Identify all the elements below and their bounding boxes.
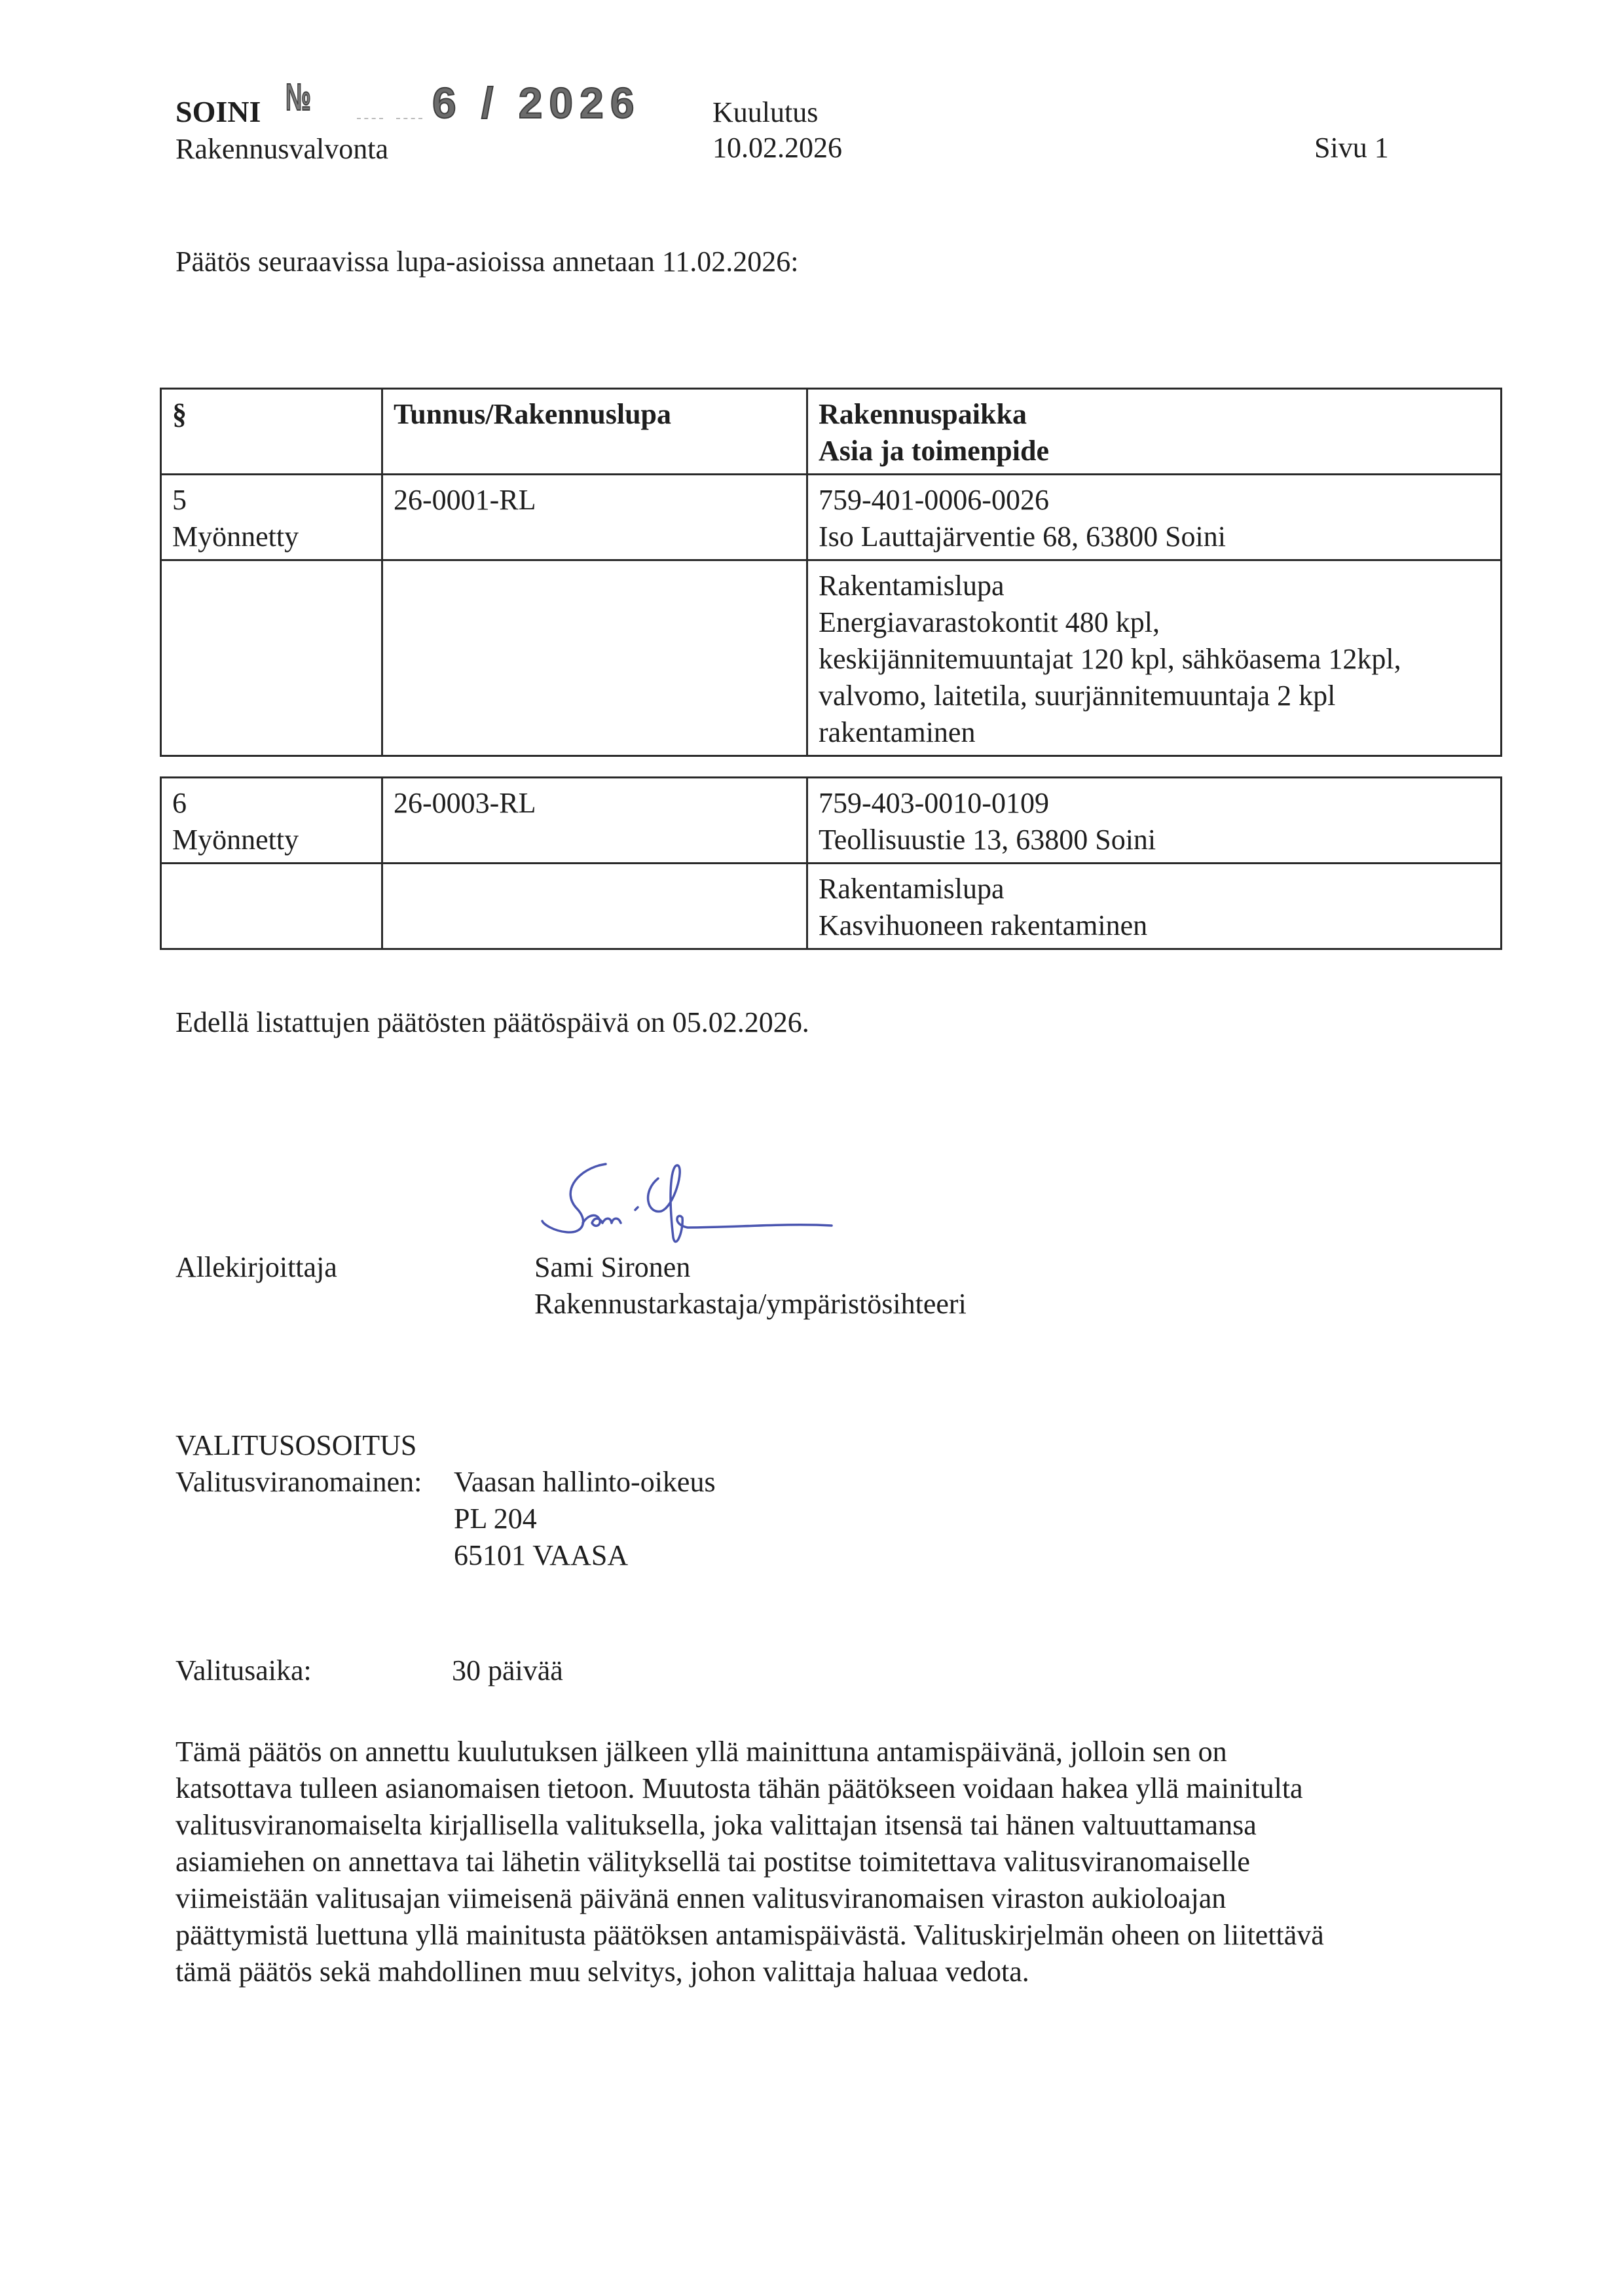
action-cell: Rakentamislupa Kasvihuoneen rakentaminen bbox=[807, 864, 1502, 949]
appeal-body-line: päättymistä luettuna yllä mainitusta pää… bbox=[175, 1917, 1498, 1954]
appeal-body-line: tämä päätös sekä mahdollinen muu selvity… bbox=[175, 1954, 1498, 1990]
empty-cell bbox=[161, 560, 382, 756]
appeal-body-line: valitusviranomaiselta kirjallisella vali… bbox=[175, 1807, 1498, 1844]
header-action: Asia ja toimenpide bbox=[819, 433, 1490, 469]
appeal-address-city: 65101 VAASA bbox=[454, 1541, 628, 1570]
journal-stamp-number: 6 / 2026 bbox=[432, 81, 641, 124]
decision-status: Myönnetty bbox=[172, 822, 371, 858]
table-row: Rakentamislupa Energiavarastokontit 480 … bbox=[161, 560, 1502, 756]
department-name: Rakennusvalvonta bbox=[175, 135, 388, 164]
appeal-authority-label: Valitusviranomainen: bbox=[175, 1468, 422, 1497]
intro-text: Päätös seuraavissa lupa-asioissa annetaa… bbox=[175, 247, 798, 276]
appeal-period-label: Valitusaika: bbox=[175, 1656, 312, 1685]
description-line: valvomo, laitetila, suurjännitemuuntaja … bbox=[819, 678, 1490, 714]
permit-id-cell: 26-0001-RL bbox=[382, 475, 807, 560]
section-cell: 6 Myönnetty bbox=[161, 778, 382, 864]
appeal-period-value: 30 päivää bbox=[452, 1656, 563, 1685]
signer-title: Rakennustarkastaja/ympäristösihteeri bbox=[534, 1290, 967, 1319]
header-section-symbol: § bbox=[161, 389, 382, 475]
page-number: Sivu 1 bbox=[1314, 134, 1389, 162]
section-cell: 5 Myönnetty bbox=[161, 475, 382, 560]
description-line: Energiavarastokontit 480 kpl, bbox=[819, 604, 1490, 641]
empty-cell bbox=[382, 560, 807, 756]
site-address: Iso Lauttajärventie 68, 63800 Soini bbox=[819, 519, 1490, 555]
decision-status: Myönnetty bbox=[172, 519, 371, 555]
decision-table-2: 6 Myönnetty 26-0003-RL 759-403-0010-0109… bbox=[160, 776, 1502, 950]
table-header-row: § Tunnus/Rakennuslupa Rakennuspaikka Asi… bbox=[161, 389, 1502, 475]
stamp-blank-line bbox=[357, 118, 383, 119]
site-address: Teollisuustie 13, 63800 Soini bbox=[819, 822, 1490, 858]
appeal-authority-name: Vaasan hallinto-oikeus bbox=[454, 1468, 716, 1497]
permit-type: Rakentamislupa bbox=[819, 568, 1490, 604]
table-row: 5 Myönnetty 26-0001-RL 759-401-0006-0026… bbox=[161, 475, 1502, 560]
section-number: 5 bbox=[172, 482, 371, 519]
appeal-body-line: asiamiehen on annettava tai lähetin väli… bbox=[175, 1844, 1498, 1880]
header-permit-id: Tunnus/Rakennuslupa bbox=[382, 389, 807, 475]
document-type: Kuulutus bbox=[712, 98, 818, 127]
site-cell: 759-403-0010-0109 Teollisuustie 13, 6380… bbox=[807, 778, 1502, 864]
document-date: 10.02.2026 bbox=[712, 134, 842, 162]
table-row: Rakentamislupa Kasvihuoneen rakentaminen bbox=[161, 864, 1502, 949]
signer-name: Sami Sironen bbox=[534, 1253, 690, 1282]
empty-cell bbox=[161, 864, 382, 949]
permit-id-cell: 26-0003-RL bbox=[382, 778, 807, 864]
appeal-body-line: katsottava tulleen asianomaisen tietoon.… bbox=[175, 1770, 1498, 1807]
description-line: Kasvihuoneen rakentaminen bbox=[819, 907, 1490, 944]
action-cell: Rakentamislupa Energiavarastokontit 480 … bbox=[807, 560, 1502, 756]
decision-date-note: Edellä listattujen päätösten päätöspäivä… bbox=[175, 1008, 809, 1037]
appeal-body-line: Tämä päätös on annettu kuulutuksen jälke… bbox=[175, 1734, 1498, 1770]
stamp-number-sign: № bbox=[286, 79, 311, 117]
decision-table-1: § Tunnus/Rakennuslupa Rakennuspaikka Asi… bbox=[160, 388, 1502, 757]
description-line: keskijännitemuuntajat 120 kpl, sähköasem… bbox=[819, 641, 1490, 678]
empty-cell bbox=[382, 864, 807, 949]
header-site: Rakennuspaikka bbox=[819, 396, 1490, 433]
municipality-name: SOINI bbox=[175, 97, 261, 127]
site-cell: 759-401-0006-0026 Iso Lauttajärventie 68… bbox=[807, 475, 1502, 560]
table-row: 6 Myönnetty 26-0003-RL 759-403-0010-0109… bbox=[161, 778, 1502, 864]
appeal-heading: VALITUSOSOITUS bbox=[175, 1431, 416, 1460]
description-line: rakentaminen bbox=[819, 714, 1490, 751]
stamp-blank-line bbox=[396, 118, 422, 119]
appeal-body-line: viimeistään valitusajan viimeisenä päivä… bbox=[175, 1880, 1498, 1917]
section-number: 6 bbox=[172, 785, 371, 822]
header-site-and-action: Rakennuspaikka Asia ja toimenpide bbox=[807, 389, 1502, 475]
property-id: 759-401-0006-0026 bbox=[819, 482, 1490, 519]
appeal-address-pobox: PL 204 bbox=[454, 1504, 537, 1533]
appeal-body-text: Tämä päätös on annettu kuulutuksen jälke… bbox=[175, 1734, 1498, 1990]
permit-type: Rakentamislupa bbox=[819, 871, 1490, 907]
signer-label: Allekirjoittaja bbox=[175, 1253, 337, 1282]
property-id: 759-403-0010-0109 bbox=[819, 785, 1490, 822]
